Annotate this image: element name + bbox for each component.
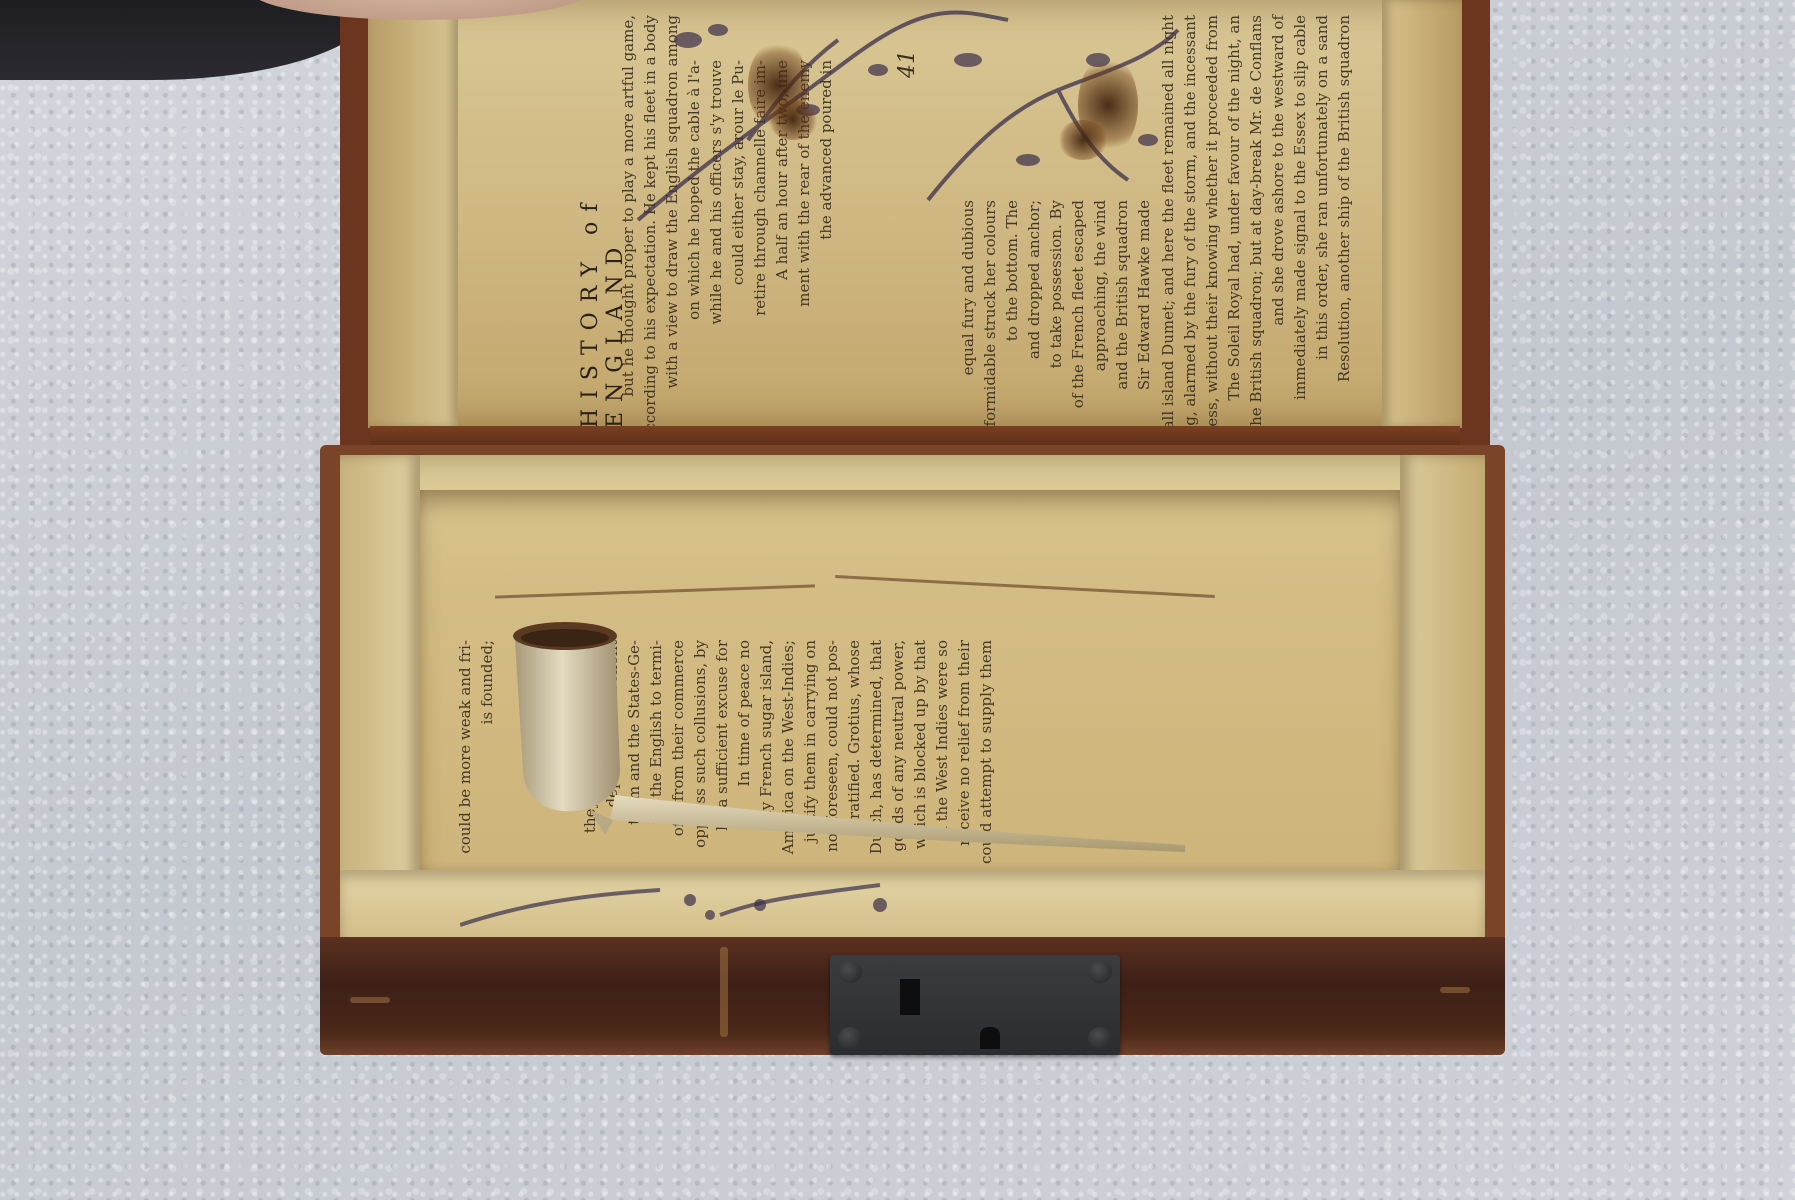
- ink-vine-decoration: [460, 875, 960, 935]
- lid-text-line: of the British squadron; but at day-brea…: [1246, 15, 1266, 428]
- lid-text-line: immediately made signal to the Essex to …: [1290, 15, 1310, 400]
- handwritten-mark: 41: [898, 50, 918, 78]
- rivet: [838, 961, 862, 983]
- lid-text-line: the advanced poured in: [816, 60, 836, 240]
- floor-text-line: could be more weak and fri-: [455, 640, 475, 854]
- lid-text-line: Sir Edward Hawke made: [1134, 200, 1154, 390]
- lid-right-side-panel: [1382, 0, 1462, 428]
- clay-pipe: [495, 620, 1195, 870]
- lid-text-line: of the French fleet escaped: [1068, 200, 1088, 408]
- burn-stain: [1058, 120, 1108, 160]
- inner-wall-right: [1400, 455, 1485, 940]
- lid-text-line: but he thought proper to play a more art…: [618, 15, 638, 397]
- paper-tear: [835, 575, 1215, 598]
- lid-left-side-panel: [368, 0, 458, 428]
- rivet: [1088, 961, 1112, 983]
- lid-text-line: on which he hoped the cable à l'a-: [684, 60, 704, 320]
- lid-text-line: while he and his officers s'y trouve: [706, 60, 726, 325]
- lid-text-line: formidable struck her colours: [980, 200, 1000, 426]
- lid-text-line: The Soleil Royal had, under favour of th…: [1224, 15, 1244, 401]
- lid-text-line: could either stay, arour le Pu-: [728, 60, 748, 285]
- inner-wall-left: [340, 455, 420, 940]
- iron-lock-plate: [830, 955, 1120, 1055]
- lid-text-line: of distress, without their knowing wheth…: [1202, 15, 1222, 428]
- burn-stain: [768, 100, 818, 140]
- lid-text-line: in this order, she ran unfortunately on …: [1312, 15, 1332, 360]
- leather-wear: [350, 997, 390, 1003]
- lid-text-line: and dropped anchor;: [1024, 200, 1044, 359]
- rivet: [1088, 1027, 1112, 1049]
- lid-text-line: Resolution, another ship of the British …: [1334, 15, 1354, 382]
- lid-text-line: to the bottom. The: [1002, 200, 1022, 341]
- lid-text-line: and she drove ashore to the westward of: [1268, 15, 1288, 326]
- leather-wear: [1440, 987, 1470, 993]
- paper-tear: [495, 584, 815, 598]
- lid-text-line: according to his expectation. He kept hi…: [640, 15, 660, 428]
- lid-text-line: and the British squadron: [1112, 200, 1132, 390]
- inner-wall-front: [340, 870, 1485, 940]
- hasp-slot: [900, 979, 920, 1015]
- lid-text-line: riding, alarmed by the fury of the storm…: [1180, 15, 1200, 428]
- lid-text-line: to take possession. By: [1046, 200, 1066, 368]
- leather-wear: [720, 947, 728, 1037]
- rivet: [838, 1027, 862, 1049]
- lid-text-line: equal fury and dubious: [958, 200, 978, 375]
- lid-text-line: small island Dumet; and here the fleet r…: [1158, 15, 1178, 428]
- box-base: could be more weak and fri- is founded; …: [320, 445, 1505, 1055]
- lid-text-line: approaching, the wind: [1090, 200, 1110, 371]
- box-lid: HISTORY of ENGLAND but he thought proper…: [340, 0, 1490, 450]
- lid-text-line: with a view to draw the English squadron…: [662, 15, 682, 389]
- keyhole-icon: [980, 1027, 1000, 1049]
- lid-paper-lining: HISTORY of ENGLAND but he thought proper…: [368, 0, 1462, 428]
- floor-text-line: is founded;: [477, 640, 497, 724]
